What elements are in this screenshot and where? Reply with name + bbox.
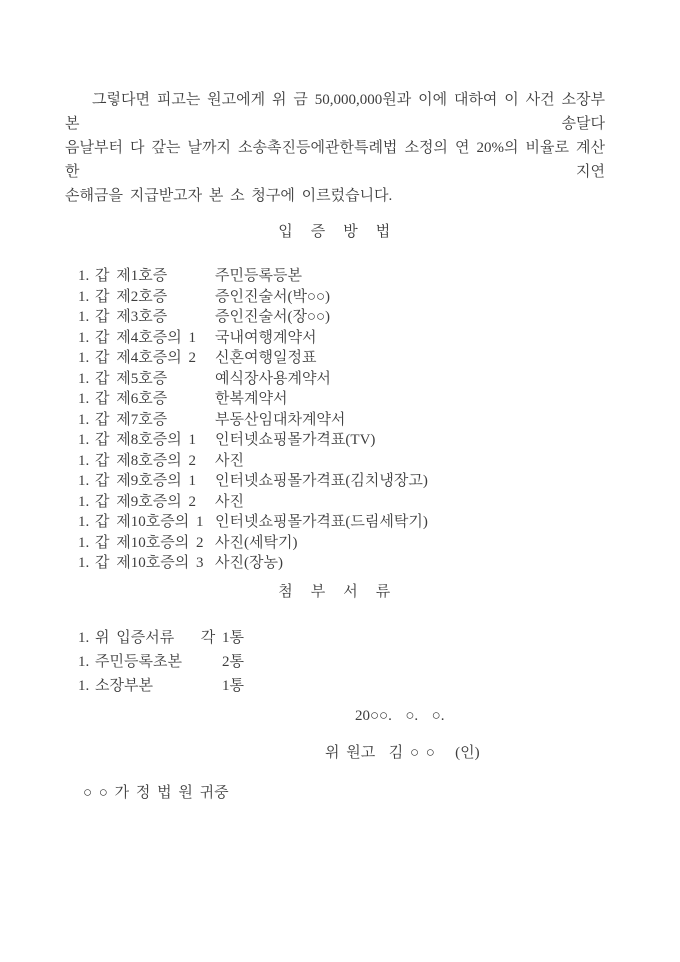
attachment-item-number: 1.: [78, 626, 95, 650]
attachment-item: 1. 주민등록초본 2통: [78, 650, 605, 674]
paragraph-line: 손해금을 지급받고자 본 소 청구에 이르렀습니다.: [65, 184, 605, 208]
evidence-item-description: 사진: [215, 492, 605, 513]
evidence-item-description: 인터넷쇼핑몰가격표(드림세탁기): [215, 512, 605, 533]
attachment-item-count: 각 1통: [200, 626, 244, 650]
evidence-item-label: 갑 제8호증의 2: [95, 451, 215, 472]
evidence-section-heading: 입 증 방 법: [65, 224, 605, 240]
paragraph-line: 음날부터 다 갚는 날까지 소송촉진등에관한특례법 소정의 연 20%의 비율로…: [65, 136, 605, 184]
evidence-item-label: 갑 제5호증: [95, 369, 215, 390]
evidence-item-description: 사진(장농): [215, 553, 605, 574]
evidence-item: 1. 갑 제4호증의 2 신혼여행일정표: [78, 348, 605, 369]
evidence-item-label: 갑 제4호증의 2: [95, 348, 215, 369]
evidence-item-number: 1.: [78, 307, 95, 328]
evidence-item-number: 1.: [78, 287, 95, 308]
evidence-item-number: 1.: [78, 389, 95, 410]
attachment-item-label: 주민등록초본: [95, 650, 200, 674]
evidence-item: 1. 갑 제4호증의 1 국내여행계약서: [78, 328, 605, 349]
evidence-item: 1. 갑 제9호증의 1 인터넷쇼핑몰가격표(김치냉장고): [78, 471, 605, 492]
evidence-item: 1. 갑 제7호증 부동산임대차계약서: [78, 410, 605, 431]
evidence-item-description: 인터넷쇼핑몰가격표(김치냉장고): [215, 471, 605, 492]
evidence-item-number: 1.: [78, 553, 95, 574]
evidence-item-number: 1.: [78, 512, 95, 533]
evidence-item-number: 1.: [78, 266, 95, 287]
evidence-item-number: 1.: [78, 471, 95, 492]
evidence-item-description: 부동산임대차계약서: [215, 410, 605, 431]
attachment-item-number: 1.: [78, 650, 95, 674]
evidence-item-description: 예식장사용계약서: [215, 369, 605, 390]
evidence-list: 1. 갑 제1호증 주민등록등본 1. 갑 제2호증 증인진술서(박○○) 1.…: [65, 266, 605, 574]
attachment-item-count: 2통: [200, 650, 244, 674]
evidence-item-label: 갑 제2호증: [95, 287, 215, 308]
evidence-item: 1. 갑 제8호증의 1 인터넷쇼핑몰가격표(TV): [78, 430, 605, 451]
attachment-item-label: 위 입증서류: [95, 626, 200, 650]
date-line: 20○○. ○. ○.: [355, 708, 605, 724]
evidence-item-label: 갑 제3호증: [95, 307, 215, 328]
evidence-item-description: 인터넷쇼핑몰가격표(TV): [215, 430, 605, 451]
evidence-item-number: 1.: [78, 369, 95, 390]
evidence-item-description: 증인진술서(박○○): [215, 287, 605, 308]
evidence-item-description: 사진: [215, 451, 605, 472]
paragraph-line: 그렇다면 피고는 원고에게 위 금 50,000,000원과 이에 대하여 이 …: [65, 88, 605, 136]
evidence-item-label: 갑 제1호증: [95, 266, 215, 287]
evidence-item-description: 국내여행계약서: [215, 328, 605, 349]
evidence-item-label: 갑 제4호증의 1: [95, 328, 215, 349]
evidence-item-description: 한복계약서: [215, 389, 605, 410]
evidence-item: 1. 갑 제10호증의 1 인터넷쇼핑몰가격표(드림세탁기): [78, 512, 605, 533]
evidence-item: 1. 갑 제10호증의 3 사진(장농): [78, 553, 605, 574]
plaintiff-signature-line: 위 원고 김 ○ ○ (인): [325, 745, 605, 761]
evidence-item-number: 1.: [78, 328, 95, 349]
evidence-item-label: 갑 제9호증의 1: [95, 471, 215, 492]
evidence-item-label: 갑 제8호증의 1: [95, 430, 215, 451]
body-paragraph: 그렇다면 피고는 원고에게 위 금 50,000,000원과 이에 대하여 이 …: [65, 88, 605, 208]
evidence-item-number: 1.: [78, 410, 95, 431]
evidence-item-description: 주민등록등본: [215, 266, 605, 287]
attachment-item-count: 1통: [200, 674, 244, 698]
evidence-item-label: 갑 제7호증: [95, 410, 215, 431]
evidence-item: 1. 갑 제2호증 증인진술서(박○○): [78, 287, 605, 308]
court-address-line: ○ ○ 가 정 법 원 귀중: [83, 785, 605, 801]
evidence-item-label: 갑 제9호증의 2: [95, 492, 215, 513]
evidence-item-label: 갑 제10호증의 3: [95, 553, 215, 574]
evidence-item: 1. 갑 제5호증 예식장사용계약서: [78, 369, 605, 390]
attachment-item: 1. 위 입증서류 각 1통: [78, 626, 605, 650]
attachments-section-heading: 첨 부 서 류: [65, 584, 605, 600]
evidence-item: 1. 갑 제3호증 증인진술서(장○○): [78, 307, 605, 328]
attachment-item: 1. 소장부본 1통: [78, 674, 605, 698]
evidence-item-description: 증인진술서(장○○): [215, 307, 605, 328]
evidence-item-label: 갑 제6호증: [95, 389, 215, 410]
evidence-item: 1. 갑 제10호증의 2 사진(세탁기): [78, 533, 605, 554]
evidence-item-number: 1.: [78, 348, 95, 369]
evidence-item-label: 갑 제10호증의 1: [95, 512, 215, 533]
evidence-item: 1. 갑 제8호증의 2 사진: [78, 451, 605, 472]
evidence-item-label: 갑 제10호증의 2: [95, 533, 215, 554]
evidence-item-description: 신혼여행일정표: [215, 348, 605, 369]
evidence-item-number: 1.: [78, 430, 95, 451]
evidence-item-number: 1.: [78, 451, 95, 472]
attachment-item-label: 소장부본: [95, 674, 200, 698]
evidence-item-description: 사진(세탁기): [215, 533, 605, 554]
evidence-item-number: 1.: [78, 492, 95, 513]
evidence-item: 1. 갑 제6호증 한복계약서: [78, 389, 605, 410]
evidence-item-number: 1.: [78, 533, 95, 554]
document-page: 그렇다면 피고는 원고에게 위 금 50,000,000원과 이에 대하여 이 …: [0, 0, 680, 962]
evidence-item: 1. 갑 제1호증 주민등록등본: [78, 266, 605, 287]
attachment-item-number: 1.: [78, 674, 95, 698]
attachments-list: 1. 위 입증서류 각 1통 1. 주민등록초본 2통 1. 소장부본 1통: [65, 626, 605, 698]
evidence-item: 1. 갑 제9호증의 2 사진: [78, 492, 605, 513]
